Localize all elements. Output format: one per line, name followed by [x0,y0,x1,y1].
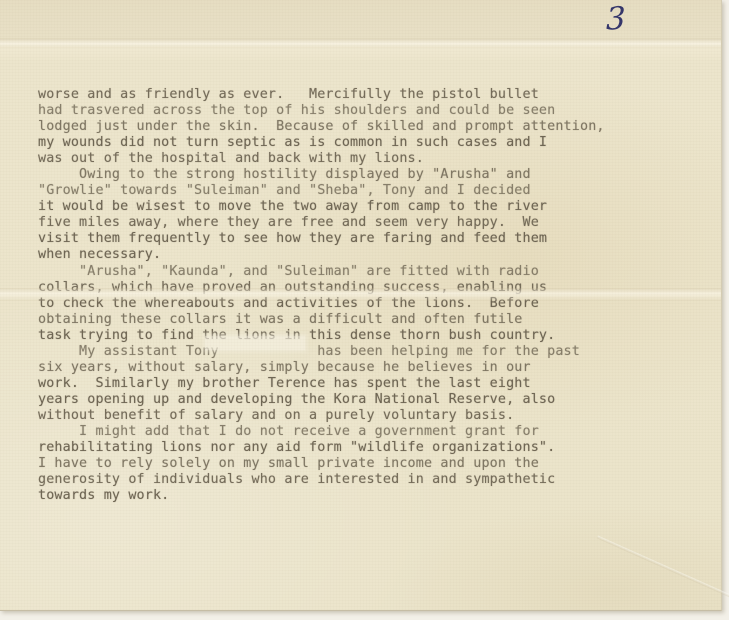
letter-line: "Growlie" towards "Suleiman" and "Sheba"… [38,183,605,199]
letter-line: obtaining these collars it was a difficu… [38,312,605,328]
letter-line: rehabilitating lions nor any aid form "w… [38,440,605,456]
letter-line: task trying to find the lions in this de… [38,328,605,344]
letter-line: when necessary. [38,247,605,263]
letter-line: my wounds did not turn septic as is comm… [38,135,605,151]
fold-crease-top [0,38,721,48]
letter-line: visit them frequently to see how they ar… [38,231,605,247]
letter-line: Owing to the strong hostility displayed … [38,167,605,183]
letter-line: I have to rely solely on my small privat… [38,456,605,472]
letter-line: I might add that I do not receive a gove… [38,424,605,440]
diagonal-crease-bottom-right [597,536,729,608]
handwritten-page-number: 3 [606,0,626,37]
letter-line: years opening up and developing the Kora… [38,392,605,408]
letter-line: it would be wisest to move the two away … [38,199,605,215]
letter-page: 3 worse and as friendly as ever. Mercifu… [0,0,722,611]
letter-body: worse and as friendly as ever. Mercifull… [38,87,605,504]
letter-line: generosity of individuals who are intere… [38,472,605,488]
letter-line: "Arusha", "Kaunda", and "Suleiman" are f… [38,264,605,280]
letter-line: worse and as friendly as ever. Mercifull… [38,87,605,103]
letter-line: was out of the hospital and back with my… [38,151,605,167]
letter-line: lodged just under the skin. Because of s… [38,119,605,135]
letter-line: had trasvered across the top of his shou… [38,103,605,119]
letter-line: six years, without salary, simply becaus… [38,360,605,376]
letter-line: to check the whereabouts and activities … [38,296,605,312]
letter-line: without benefit of salary and on a purel… [38,408,605,424]
letter-line: My assistant Tony has been helping me fo… [38,344,605,360]
scan-background: 3 worse and as friendly as ever. Mercifu… [0,0,729,620]
letter-line: work. Similarly my brother Terence has s… [38,376,605,392]
letter-line: collars, which have proved an outstandin… [38,280,605,296]
letter-line: towards my work. [38,488,605,504]
letter-line: five miles away, where they are free and… [38,215,605,231]
